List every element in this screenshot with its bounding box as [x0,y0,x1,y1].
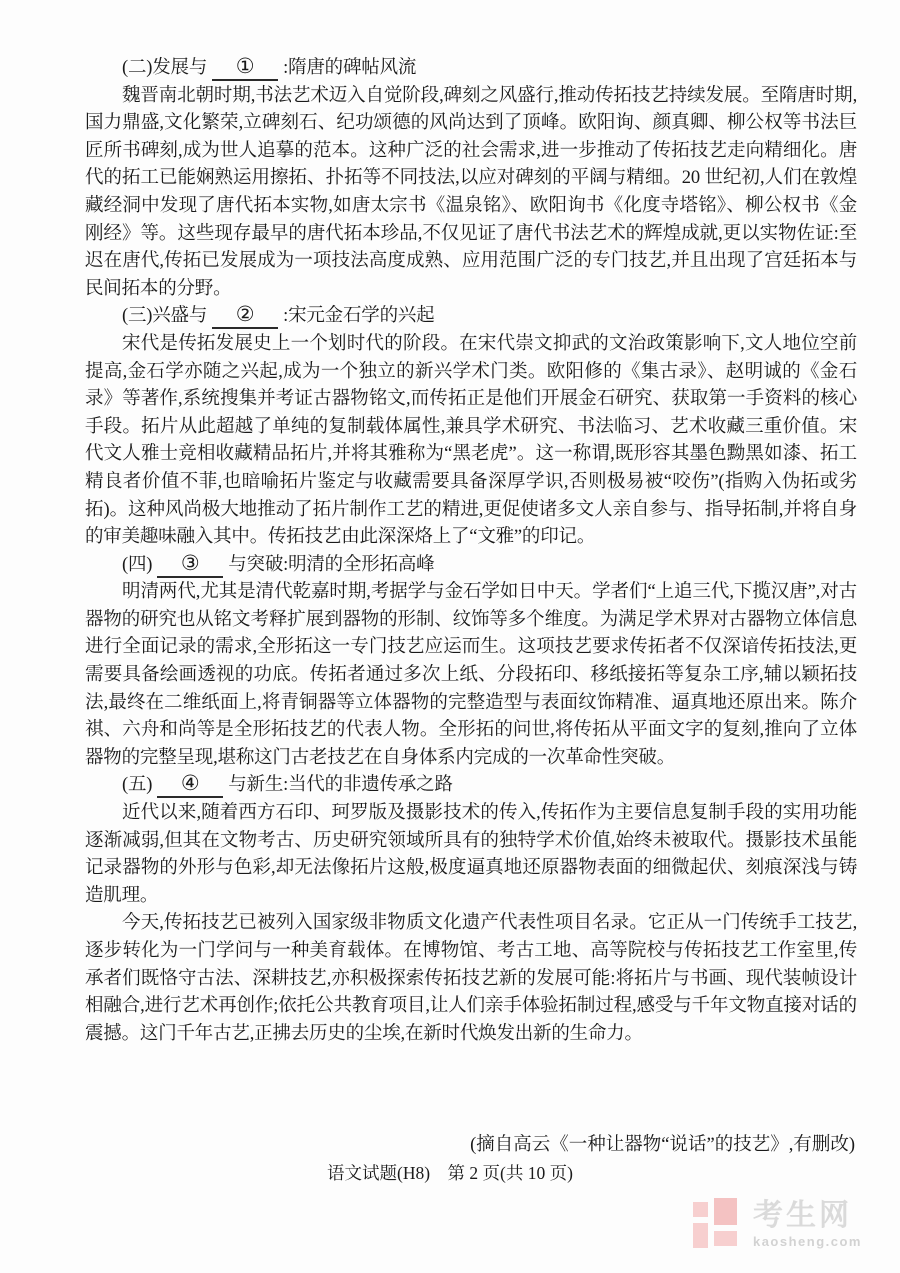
circled-number-4: ④ [181,771,200,795]
section-heading-5: (五)④与新生:当代的非遗传承之路 [85,772,857,800]
section-heading-3: (三)兴盛与②:宋元金石学的兴起 [85,303,857,331]
watermark-site-name: 考生网 [753,1201,862,1231]
circled-number-2: ② [236,302,255,326]
heading-post: :宋元金石学的兴起 [283,306,434,326]
section-heading-4: (四)③与突破:明清的全形拓高峰 [85,552,857,580]
heading-pre: (二)发展与 [122,58,207,78]
paragraph-2: 宋代是传拓发展史上一个划时代的阶段。在宋代崇文抑武的文治政策影响下,文人地位空前… [85,331,857,552]
passage-content: (二)发展与①:隋唐的碑帖风流 魏晋南北朝时期,书法艺术迈入自觉阶段,碑刻之风盛… [85,55,857,1048]
circled-number-3: ③ [181,551,200,575]
paragraph-3: 明清两代,尤其是清代乾嘉时期,考据学与金石学如日中天。学者们“上追三代,下揽汉唐… [85,579,857,772]
fill-blank-1: ① [212,55,278,81]
logo-block-bottom-left [693,1223,708,1248]
fill-blank-2: ② [212,303,278,329]
logo-block-top-left [693,1202,708,1217]
paragraph-5: 今天,传拓技艺已被列入国家级非物质文化遗产代表性项目名录。它正从一门传统手工技艺… [85,910,857,1048]
logo-block-top-right [714,1198,737,1225]
heading-pre: (四) [122,555,152,575]
circled-number-1: ① [236,54,255,78]
fill-blank-3: ③ [157,552,223,578]
paragraph-4: 近代以来,随着西方石印、珂罗版及摄影技术的传入,传拓作为主要信息复制手段的实用功… [85,800,857,910]
watermark-site-domain: kaosheng.com [753,1235,862,1248]
watermark: 考生网 kaosheng.com [693,1198,862,1250]
paragraph-1: 魏晋南北朝时期,书法艺术迈入自觉阶段,碑刻之风盛行,推动传拓技艺持续发展。至隋唐… [85,83,857,304]
kaosheng-logo-icon [693,1198,743,1250]
source-attribution: (摘自高云《一种让器物“说话”的技艺》,有删改) [470,1130,855,1156]
exam-page: (二)发展与①:隋唐的碑帖风流 魏晋南北朝时期,书法艺术迈入自觉阶段,碑刻之风盛… [0,0,900,1273]
section-heading-2: (二)发展与①:隋唐的碑帖风流 [85,55,857,83]
heading-post: 与新生:当代的非遗传承之路 [228,775,453,795]
watermark-text: 考生网 kaosheng.com [753,1201,862,1248]
heading-pre: (三)兴盛与 [122,306,207,326]
heading-post: :隋唐的碑帖风流 [283,58,416,78]
heading-post: 与突破:明清的全形拓高峰 [228,555,434,575]
logo-block-bottom-right [714,1231,737,1246]
page-footer: 语文试题(H8) 第 2 页(共 10 页) [0,1160,900,1185]
fill-blank-4: ④ [157,772,223,798]
heading-pre: (五) [122,775,152,795]
